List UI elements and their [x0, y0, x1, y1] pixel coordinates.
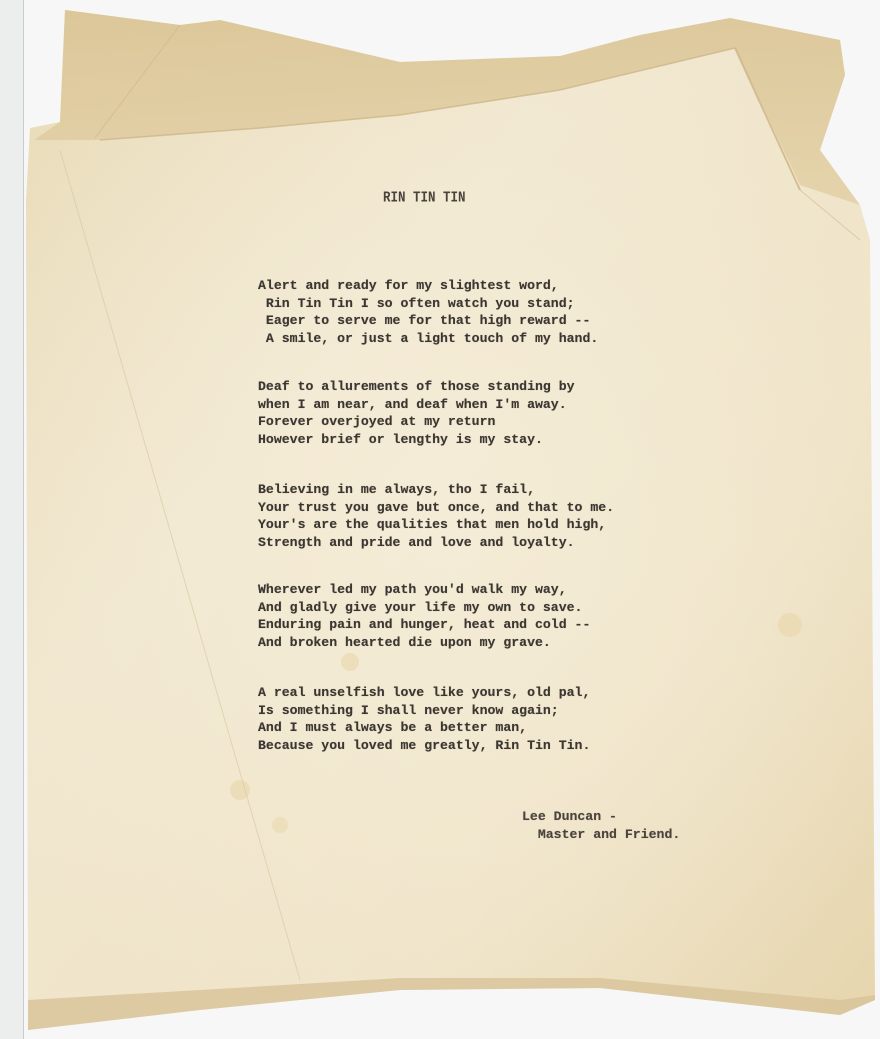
poem-line: Because you loved me greatly, Rin Tin Ti… [258, 737, 590, 755]
signature-role: Master and Friend. [522, 826, 680, 844]
stanza-1: Alert and ready for my slightest word, R… [258, 277, 598, 347]
poem-line: Your trust you gave but once, and that t… [258, 499, 614, 517]
stanza-3: Believing in me always, tho I fail, Your… [258, 481, 614, 551]
poem-line: Enduring pain and hunger, heat and cold … [258, 616, 590, 634]
poem-line: Believing in me always, tho I fail, [258, 481, 614, 499]
poem-line: when I am near, and deaf when I'm away. [258, 396, 575, 414]
poem-line: Is something I shall never know again; [258, 702, 590, 720]
poem-title: RIN TIN TIN [383, 190, 466, 206]
typed-poem: RIN TIN TIN Alert and ready for my sligh… [0, 0, 880, 1039]
poem-line: Forever overjoyed at my return [258, 413, 575, 431]
stanza-2: Deaf to allurements of those standing by… [258, 378, 575, 448]
poem-line: Wherever led my path you'd walk my way, [258, 581, 590, 599]
poem-line: And I must always be a better man, [258, 719, 590, 737]
poem-line: Eager to serve me for that high reward -… [258, 312, 598, 330]
poem-line: A smile, or just a light touch of my han… [258, 330, 598, 348]
poem-line: And broken hearted die upon my grave. [258, 634, 590, 652]
poem-line: Strength and pride and love and loyalty. [258, 534, 614, 552]
stanza-5: A real unselfish love like yours, old pa… [258, 684, 590, 754]
signature: Lee Duncan - Master and Friend. [522, 808, 680, 843]
poem-line: A real unselfish love like yours, old pa… [258, 684, 590, 702]
poem-line: And gladly give your life my own to save… [258, 599, 590, 617]
poem-line: Rin Tin Tin I so often watch you stand; [258, 295, 598, 313]
poem-line: Deaf to allurements of those standing by [258, 378, 575, 396]
poem-line: Your's are the qualities that men hold h… [258, 516, 614, 534]
stanza-4: Wherever led my path you'd walk my way, … [258, 581, 590, 651]
poem-line: However brief or lengthy is my stay. [258, 431, 575, 449]
poem-line: Alert and ready for my slightest word, [258, 277, 598, 295]
signature-name: Lee Duncan - [522, 808, 680, 826]
